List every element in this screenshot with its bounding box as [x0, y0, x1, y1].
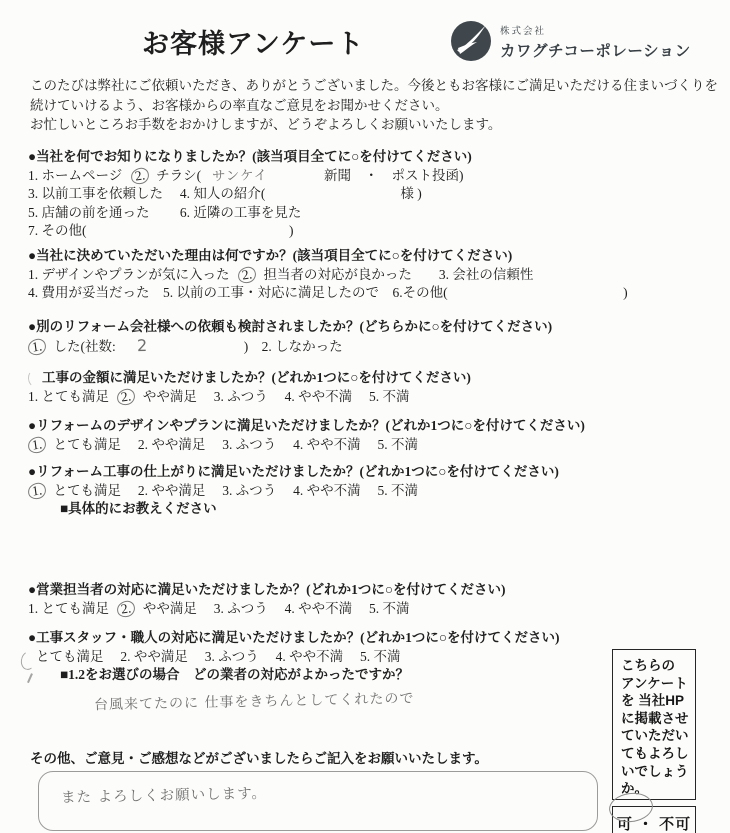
circled-answer-2: 2.: [237, 265, 257, 283]
handwritten-answer-typhoon: 台風来てたのに 仕事をきちんとしてくれたので: [94, 687, 415, 714]
circled-answer-1: 1.: [27, 435, 47, 453]
option-line: 5. 店舗の前を通った 6. 近隣の工事を見た: [28, 204, 728, 223]
handwritten-newspaper-name: サンケイ: [212, 166, 269, 186]
intro-line: お忙しいところお手数をおかけしますが、どうぞよろしくお願いいたします。: [30, 115, 710, 135]
question-considered-others: ●別のリフォーム会社様への依頼も検討されましたか？(どちらかに○を付けてください…: [28, 318, 728, 356]
question-reason-chosen: ●当社に決めていただいた理由は何ですか？(該当項目全てに○を付けてください) 1…: [28, 247, 728, 303]
option-line: 1. とても満足 2. やや満足 3. ふつう 4. やや不満 5. 不満: [28, 388, 728, 407]
question-heading: ●当社に決めていただいた理由は何ですか？(該当項目全てに○を付けてください): [28, 247, 728, 266]
company-prefix: 株式会社: [500, 23, 691, 37]
question-finish-satisfaction: ●リフォーム工事の仕上がりに満足いただけましたか？(どれか1つに○を付けてくださ…: [28, 463, 728, 519]
circled-answer-2: 2.: [116, 599, 136, 617]
option-line: 1. とても満足 2. やや満足 3. ふつう 4. やや不満 5. 不満: [28, 600, 728, 619]
question-heading: ●営業担当者の対応に満足いただけましたか？(どれか1つに○を付けてください): [28, 581, 728, 600]
option-line: 1. とても満足 2. やや満足 3. ふつう 4. やや不満 5. 不満: [28, 482, 728, 501]
survey-scan-page: お客様アンケート 株式会社 カワグチコーポレーション このたびは弊社にご依頼いた…: [0, 0, 730, 833]
option-line: 1. ホームページ 2. チラシ( サンケイ 新聞 ・ ポスト投函): [28, 167, 728, 186]
handwritten-comment: また よろしくお願いします。: [61, 782, 267, 807]
option-line: 1. デザインやプランが気に入った 2. 担当者の対応が良かった 3. 会社の信…: [28, 266, 728, 285]
company-name: カワグチコーポレーション: [500, 39, 691, 61]
question-heading: ●リフォーム工事の仕上がりに満足いただけましたか？(どれか1つに○を付けてくださ…: [28, 463, 728, 482]
comment-entry-box: また よろしくお願いします。: [38, 771, 598, 831]
intro-text: このたびは弊社にご依頼いただき、ありがとうございました。今後ともお客様にご満足い…: [30, 76, 710, 135]
company-name-block: 株式会社 カワグチコーポレーション: [500, 20, 691, 61]
intro-line: 続けていけるよう、お客様からの率直なご意見をお聞かせください。: [30, 96, 710, 116]
question-heading: ●工事スタッフ・職人の対応に満足いただけましたか？(どれか1つに○を付けてくださ…: [28, 629, 728, 648]
question-design-satisfaction: ●リフォームのデザインやプランに満足いただけましたか？(どれか1つに○を付けてく…: [28, 417, 728, 454]
question-heading: ●リフォームのデザインやプランに満足いただけましたか？(どれか1つに○を付けてく…: [28, 417, 728, 436]
option-line: 7. その他( ): [28, 222, 728, 241]
intro-line: このたびは弊社にご依頼いただき、ありがとうございました。今後ともお客様にご満足い…: [30, 76, 710, 96]
option-2-staff-response: 担当者の対応が良かった 3. 会社の信頼性: [263, 267, 533, 282]
option-1-design: 1. デザインやプランが気に入った: [28, 267, 230, 282]
option-line: 3. 以前工事を依頼した 4. 知人の紹介( 様 ): [28, 185, 728, 204]
company-logo: 株式会社 カワグチコーポレーション: [450, 20, 691, 62]
option-rest: とても満足 2. やや満足 3. ふつう 4. やや不満 5. 不満: [54, 437, 419, 452]
question-price-satisfaction: 工事の金額に満足いただけましたか？(どれか1つに○を付けてください) 1. とて…: [28, 369, 728, 406]
option-rest: やや満足 3. ふつう 4. やや不満 5. 不満: [143, 389, 410, 404]
option-line: 4. 費用が妥当だった 5. 以前の工事・対応に満足したので 6.その他( ): [28, 284, 728, 303]
detail-prompt: ■具体的にお教えください: [60, 500, 728, 519]
page-title: お客様アンケート: [142, 22, 364, 61]
circled-answer-1: 1.: [27, 481, 47, 499]
option-2-flyer: チラシ(: [156, 168, 201, 183]
question-sales-rep-satisfaction: ●営業担当者の対応に満足いただけましたか？(どれか1つに○を付けてください) 1…: [28, 581, 728, 618]
option-line: 1. した(社数: 2 ) 2. しなかった: [28, 337, 728, 357]
faint-bullet-mark: [27, 369, 42, 387]
option-rest: とても満足 2. やや満足 3. ふつう 4. やや不満 5. 不満: [54, 483, 419, 498]
option-2-did-not: ) 2. しなかった: [244, 339, 343, 354]
circled-answer-1: 1.: [27, 337, 47, 355]
option-rest: やや満足 3. ふつう 4. やや不満 5. 不満: [143, 601, 410, 616]
handwritten-slash-mark: [27, 673, 32, 683]
option-1-very-satisfied: 1. とても満足: [28, 389, 109, 404]
circled-answer-2: 2.: [130, 166, 150, 184]
question-heading: ●当社を何でお知りになりましたか？(該当項目全てに○を付けてください): [28, 148, 728, 167]
option-1-very-satisfied: 1. とても満足: [28, 601, 109, 616]
question-how-did-you-know: ●当社を何でお知りになりましたか？(該当項目全てに○を付けてください) 1. ホ…: [28, 148, 728, 241]
option-line: 1. とても満足 2. やや満足 3. ふつう 4. やや不満 5. 不満: [28, 436, 728, 455]
hp-publish-question-box: こちらの アンケート を 当社HP に掲載させ ていただい てもよろし いでしょ…: [612, 649, 696, 800]
handwritten-company-count: 2: [137, 336, 149, 355]
swoosh-circle-logo-icon: [450, 20, 492, 62]
question-heading: ●別のリフォーム会社様への依頼も検討されましたか？(どちらかに○を付けてください…: [28, 318, 728, 337]
option-2-flyer-tail: 新聞 ・ ポスト投函): [324, 168, 464, 183]
option-1-homepage: 1. ホームページ: [28, 168, 122, 183]
question-heading: 工事の金額に満足いただけましたか？(どれか1つに○を付けてください): [42, 369, 728, 388]
comments-prompt: その他、ご意見・ご感想などがございましたらご記入をお願いいたします。: [30, 747, 488, 767]
circled-answer-2: 2.: [116, 387, 136, 405]
option-1-did: した(社数:: [54, 339, 116, 354]
